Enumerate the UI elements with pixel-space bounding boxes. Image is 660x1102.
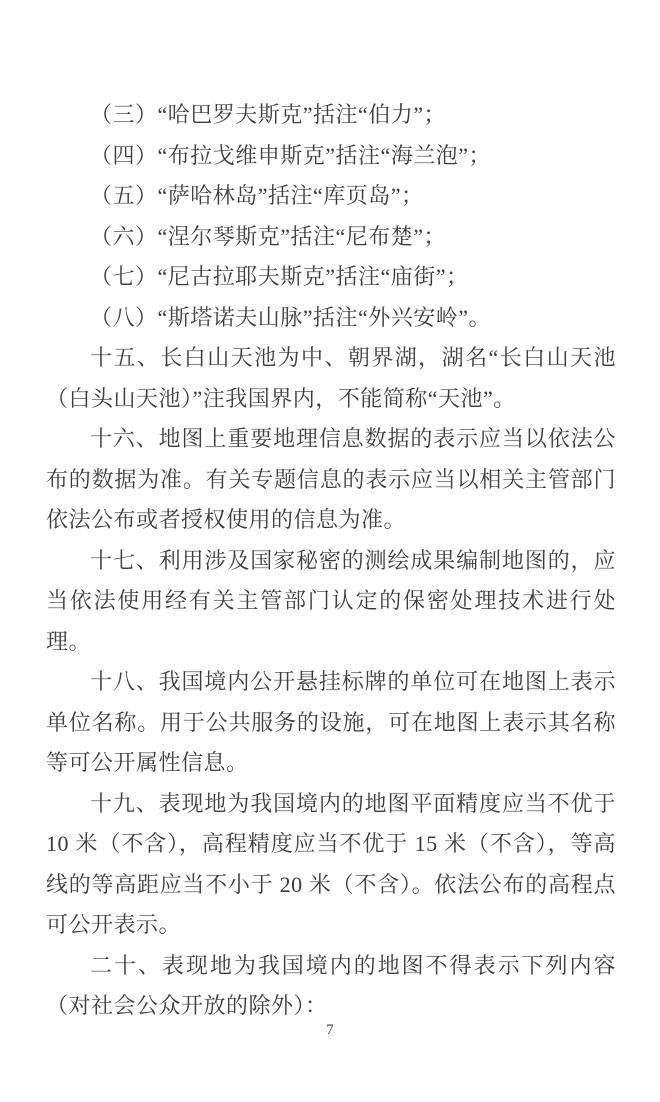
page-number: 7 (0, 1022, 660, 1039)
list-item-4: （四）“布拉戈维申斯克”括注“海兰泡”； (46, 136, 616, 177)
paragraph-16: 十六、地图上重要地理信息数据的表示应当以依法公布的数据为准。有关专题信息的表示应… (46, 419, 616, 541)
list-item-3: （三）“哈巴罗夫斯克”括注“伯力”； (46, 95, 616, 136)
paragraph-20: 二十、表现地为我国境内的地图不得表示下列内容（对社会公众开放的除外）： (46, 946, 616, 1027)
page-content: （三）“哈巴罗夫斯克”括注“伯力”； （四）“布拉戈维申斯克”括注“海兰泡”； … (46, 0, 616, 1027)
paragraph-18: 十八、我国境内公开悬挂标牌的单位可在地图上表示单位名称。用于公共服务的设施，可在… (46, 662, 616, 784)
list-item-5: （五）“萨哈林岛”括注“库页岛”； (46, 176, 616, 217)
list-item-6: （六）“涅尔琴斯克”括注“尼布楚”； (46, 217, 616, 258)
document-page: （三）“哈巴罗夫斯克”括注“伯力”； （四）“布拉戈维申斯克”括注“海兰泡”； … (0, 0, 660, 1102)
list-item-8: （八）“斯塔诺夫山脉”括注“外兴安岭”。 (46, 298, 616, 339)
paragraph-19: 十九、表现地为我国境内的地图平面精度应当不优于 10 米（不含），高程精度应当不… (46, 784, 616, 946)
paragraph-15: 十五、长白山天池为中、朝界湖，湖名“长白山天池（白头山天池）”注我国界内，不能简… (46, 338, 616, 419)
paragraph-17: 十七、利用涉及国家秘密的测绘成果编制地图的，应当依法使用经有关主管部门认定的保密… (46, 541, 616, 663)
list-item-7: （七）“尼古拉耶夫斯克”括注“庙街”； (46, 257, 616, 298)
